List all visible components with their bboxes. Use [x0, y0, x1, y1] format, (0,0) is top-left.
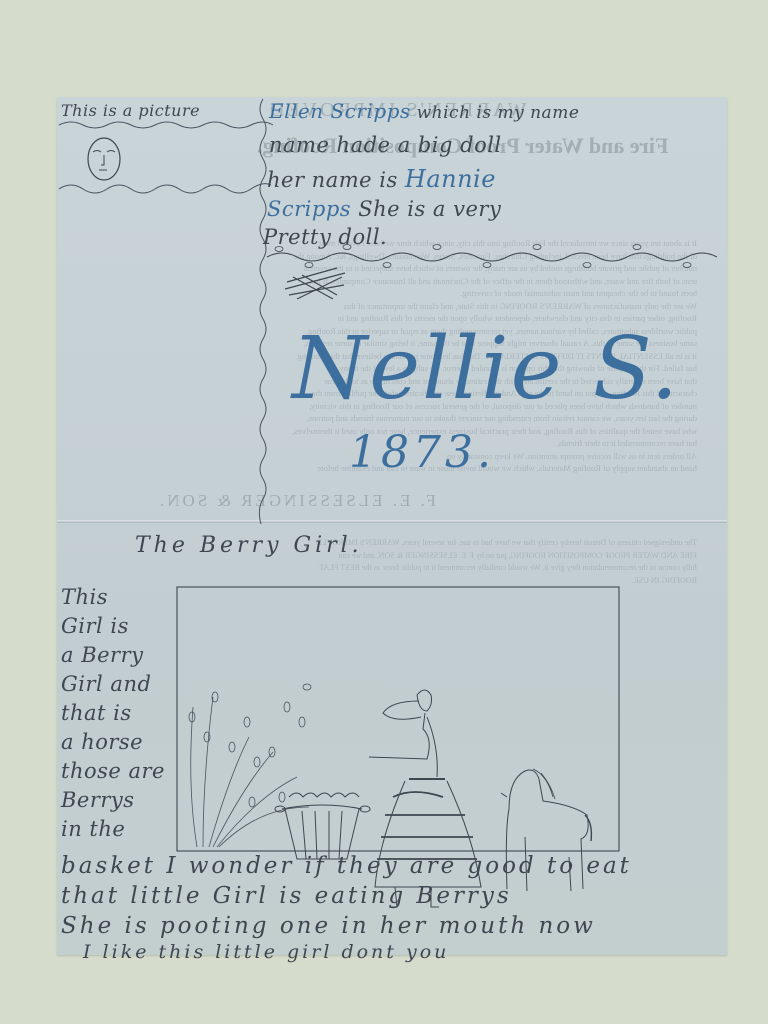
note-text: She is a very	[351, 197, 501, 221]
berry-basket	[275, 793, 370, 859]
bottom-line: basket I wonder if they are good to eat	[61, 853, 632, 879]
bottom-line: She is pooting one in her mouth now	[61, 913, 596, 939]
berry-bush	[189, 684, 311, 847]
left-column-line: that is	[61, 701, 132, 725]
drawing-title: The Berry Girl.	[135, 533, 363, 558]
left-column-line: Berrys	[61, 788, 135, 812]
pencil-drawings	[57, 97, 727, 955]
letter-sheet: WARREN'S IMPROVED Fire and Water Proof C…	[57, 97, 727, 955]
left-column-line: those are	[61, 759, 165, 783]
note-line-3: her name is Hannie	[267, 165, 496, 193]
note-text: her name is	[267, 168, 405, 192]
note-surname-scripps: Scripps	[267, 197, 351, 221]
signature: Nellie S.	[292, 319, 680, 419]
scribbled-word	[285, 268, 345, 299]
left-column-line: Girl and	[61, 672, 151, 696]
note-name-ellen: Ellen Scripps	[269, 99, 411, 123]
face-icon	[88, 138, 120, 180]
signature-year: 1873.	[349, 427, 495, 478]
note-line-1: Ellen Scripps which is my name	[269, 99, 579, 123]
left-column-line: Girl is	[61, 614, 129, 638]
picture-caption: This is a picture	[61, 101, 200, 120]
note-line-2: name hade a big doll	[269, 133, 502, 157]
note-name-hannie: Hannie	[405, 165, 496, 193]
left-column-line: a Berry	[61, 643, 144, 667]
left-column-line: This	[61, 585, 108, 609]
note-line-4: Scripps She is a very	[267, 197, 501, 221]
bottom-line: that little Girl is eating Berrys	[61, 883, 512, 909]
left-column-line: in the	[61, 817, 125, 841]
bottom-line: I like this little girl dont you	[83, 941, 449, 963]
note-text: which is my name	[411, 103, 580, 123]
note-line-5: Pretty doll.	[263, 225, 387, 249]
left-column-line: a horse	[61, 730, 143, 754]
